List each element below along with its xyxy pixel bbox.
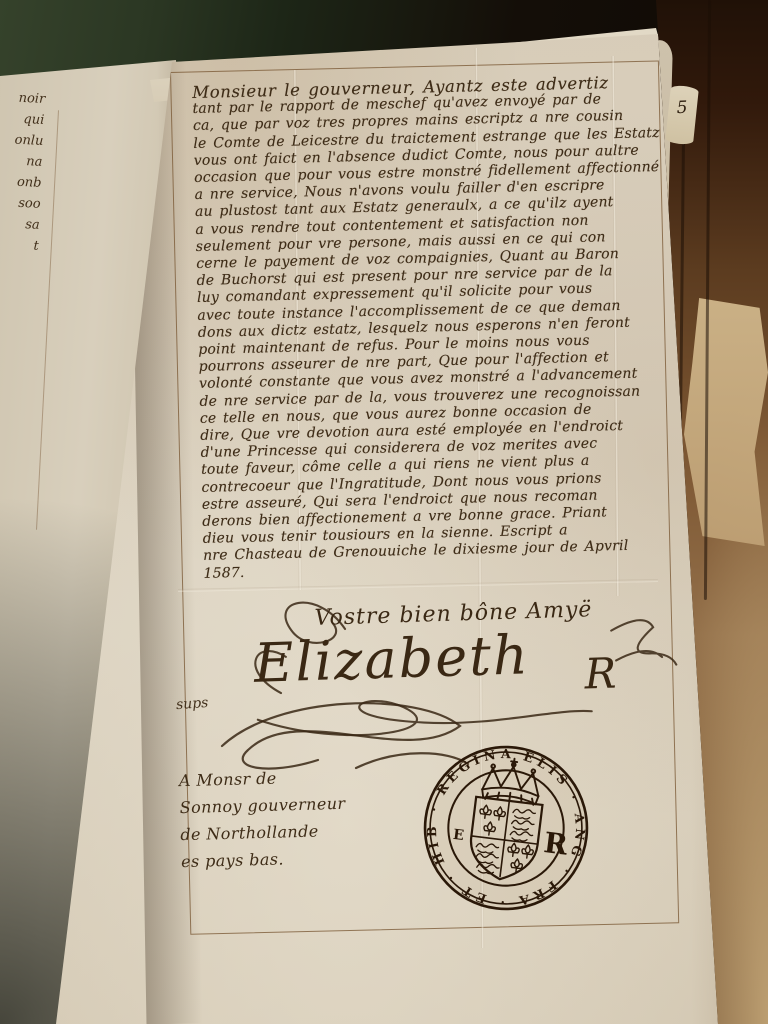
facing-fragment: noir xyxy=(5,87,46,110)
manuscript-photo: { "page": { "folio_number": "5" }, "lett… xyxy=(0,0,768,1024)
facing-fragment: sa xyxy=(0,213,40,236)
signature: Elizabeth xyxy=(253,623,530,695)
royal-seal: ELIS · ANG · FRA · ET · HIB · REGINA xyxy=(410,732,602,924)
facing-fragment: onb xyxy=(1,171,42,194)
letter-text-block: Monsieur le gouverneur, Ayantz este adve… xyxy=(192,73,674,583)
torn-leaf-edge xyxy=(684,298,768,546)
facing-fragment: soo xyxy=(0,192,41,215)
facing-fragment: qui xyxy=(4,108,45,131)
docket-note: sups xyxy=(175,695,208,713)
facing-fragment: na xyxy=(2,150,43,173)
folio-number: 5 xyxy=(676,98,688,118)
signature-initial: R xyxy=(584,648,617,698)
facing-fragment: t xyxy=(0,234,39,257)
facing-page-rule-line xyxy=(36,110,59,529)
seal-letter-E: E xyxy=(452,827,465,844)
facing-page-text-fragments: noir qui onlu na onb soo sa t xyxy=(0,87,46,257)
facing-fragment: onlu xyxy=(3,129,44,152)
seal-letter-R: R xyxy=(542,825,570,862)
address-block: A Monsr de Sonnoy gouverneur de Northoll… xyxy=(179,761,422,875)
